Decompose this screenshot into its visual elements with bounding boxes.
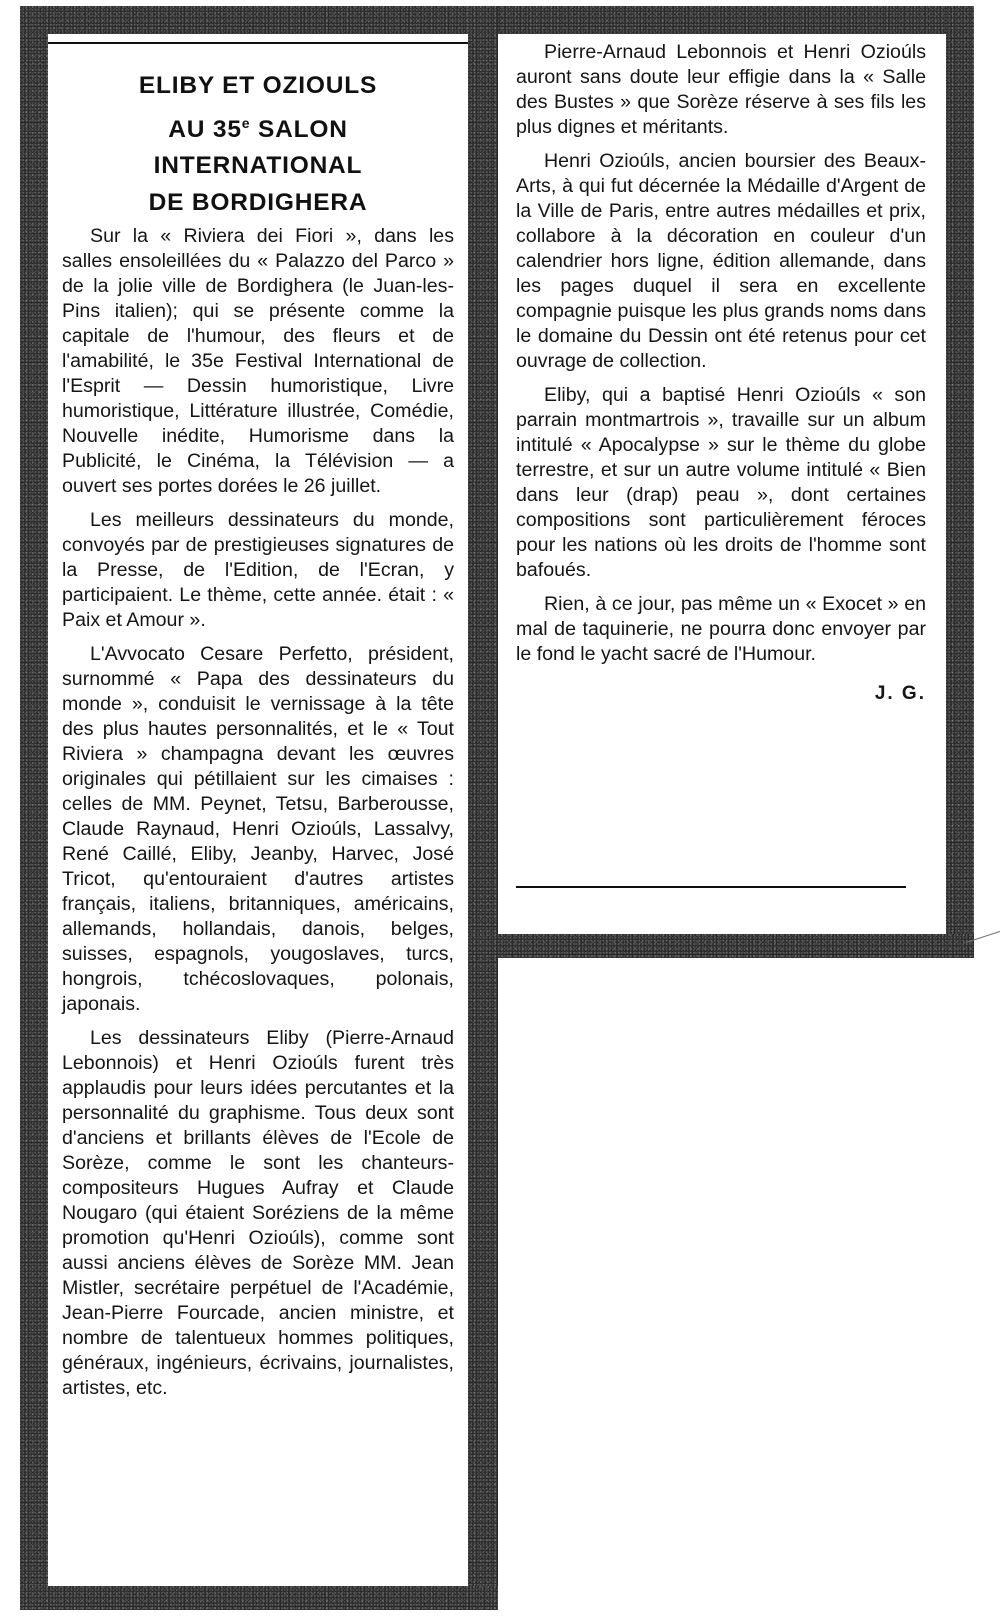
frame-column-divider xyxy=(468,6,498,1610)
paragraph: Rien, à ce jour, pas même un « Exocet » … xyxy=(516,592,926,667)
top-rule-divider xyxy=(48,42,468,44)
paragraph: Les dessinateurs Eliby (Pierre-Arnaud Le… xyxy=(62,1026,454,1401)
paragraph: L'Avvocato Cesare Perfetto, président, s… xyxy=(62,642,454,1017)
paragraph: Eliby, qui a baptisé Henri Ozioúls « son… xyxy=(516,383,926,583)
paragraph: Henri Ozioúls, ancien boursier des Beaux… xyxy=(516,149,926,374)
headline-line-1: ELIBY ET OZIOULS xyxy=(48,68,468,105)
paragraph: Pierre-Arnaud Lebonnois et Henri Ozioúls… xyxy=(516,40,926,140)
headline-line-2: AU 35e SALON xyxy=(48,105,468,149)
right-column-panel: Pierre-Arnaud Lebonnois et Henri Ozioúls… xyxy=(498,34,946,934)
headline-line-3: INTERNATIONAL xyxy=(48,148,468,185)
bottom-rule-divider xyxy=(516,886,906,888)
headline-line-2-rest: SALON xyxy=(250,116,347,143)
frame-left-border xyxy=(20,6,48,1610)
headline-line-4: DE BORDIGHERA xyxy=(48,185,468,222)
frame-right-border xyxy=(946,6,974,958)
left-column-body: Sur la « Riviera dei Fiori », dans les s… xyxy=(62,224,454,1410)
paragraph: Sur la « Riviera dei Fiori », dans les s… xyxy=(62,224,454,499)
article-headline: ELIBY ET OZIOULS AU 35e SALON INTERNATIO… xyxy=(48,68,468,221)
author-signature: J. G. xyxy=(516,681,926,706)
frame-right-bottom-border xyxy=(468,934,974,958)
left-column-panel: ELIBY ET OZIOULS AU 35e SALON INTERNATIO… xyxy=(48,34,468,1586)
paragraph: Les meilleurs dessinateurs du monde, con… xyxy=(62,508,454,633)
frame-left-bottom-border xyxy=(20,1586,498,1610)
headline-line-2-text: AU 35 xyxy=(168,116,241,143)
right-column-body: Pierre-Arnaud Lebonnois et Henri Ozioúls… xyxy=(516,40,926,706)
